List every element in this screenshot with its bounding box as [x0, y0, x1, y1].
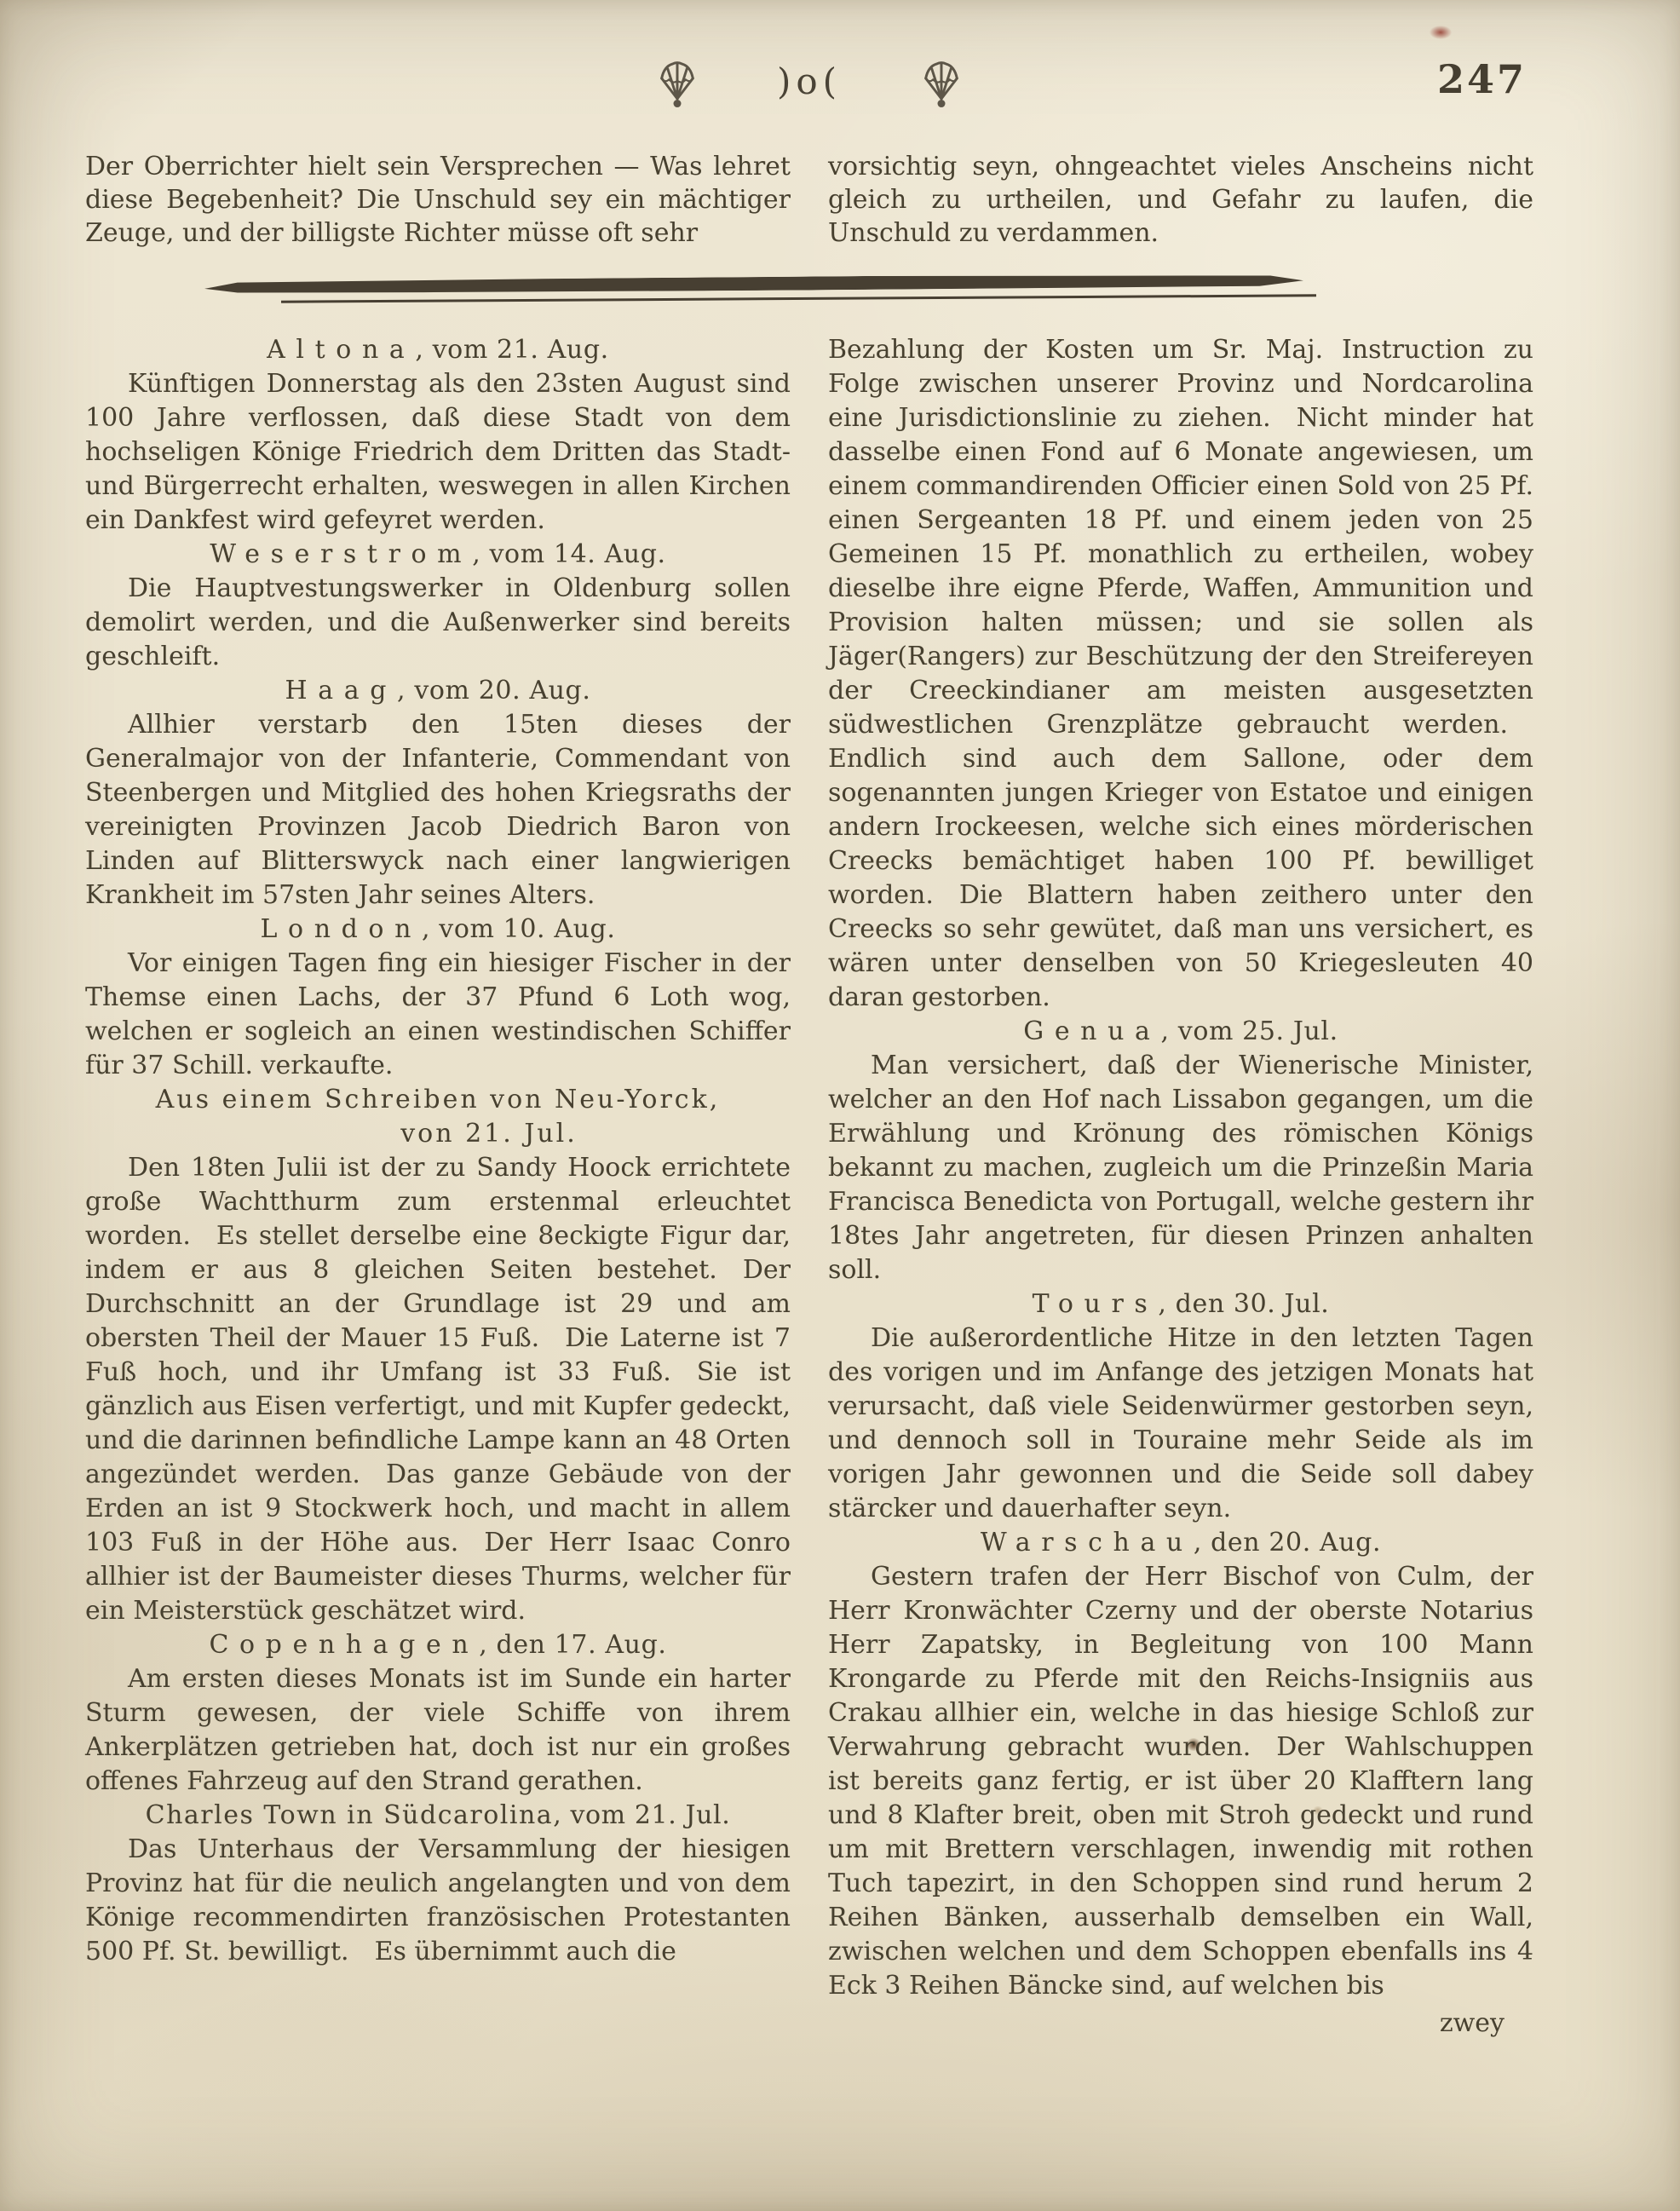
page-header: )o( 247: [85, 49, 1533, 138]
article-text: Den 18ten Julii ist der zu Sandy Hoock e…: [85, 1151, 791, 1628]
printers-center-mark: )o(: [777, 60, 842, 102]
article-text: Allhier verstarb den 15ten dieses der Ge…: [85, 708, 791, 913]
page-number: 247: [1437, 56, 1527, 102]
right-column: Bezahlung der Kosten um Sr. Maj. Instruc…: [828, 333, 1533, 2041]
article-text: Man versichert, daß der Wienerische Mini…: [828, 1049, 1533, 1287]
dateline: Aus einem Schreiben von Neu-Yorck,von 21…: [85, 1083, 791, 1151]
news-section-haag: Haag, vom 20. Aug. Allhier verstarb den …: [85, 674, 791, 913]
news-section-continuation: Bezahlung der Kosten um Sr. Maj. Instruc…: [828, 333, 1533, 1015]
intro-right-column-text: vorsichtig seyn, ohngeachtet vieles Ansc…: [828, 150, 1533, 250]
newspaper-page: )o( 247 Der Oberrichter hiel: [0, 0, 1680, 2211]
news-section-neu-yorck: Aus einem Schreiben von Neu-Yorck,von 21…: [85, 1083, 791, 1628]
news-section-weserstrom: Weserstrom, vom 14. Aug. Die Hauptvestun…: [85, 538, 791, 674]
article-text: Die außerordentliche Hitze in den letzte…: [828, 1321, 1533, 1526]
catchword: zwey: [828, 2007, 1533, 2041]
dateline: Genua, vom 25. Jul.: [828, 1015, 1533, 1049]
header-ornaments: )o(: [85, 49, 1533, 111]
news-section-london: London, vom 10. Aug. Vor einigen Tagen f…: [85, 913, 791, 1083]
article-text: Das Unterhaus der Versammlung der hiesig…: [85, 1833, 791, 1969]
news-section-genua: Genua, vom 25. Jul. Man versichert, daß …: [828, 1015, 1533, 1287]
shell-fleuron-icon: [917, 58, 966, 111]
article-text: Gestern trafen der Herr Bischof von Culm…: [828, 1560, 1533, 2003]
body-columns: Altona, vom 21. Aug. Künftigen Donnersta…: [85, 333, 1533, 2041]
dateline: Copenhagen, den 17. Aug.: [85, 1628, 791, 1662]
news-section-warschau: Warschau, den 20. Aug. Gestern trafen de…: [828, 1526, 1533, 2003]
section-divider: [85, 272, 1533, 316]
intro-passage: Der Oberrichter hielt sein Versprechen —…: [85, 150, 1533, 250]
dateline: Altona, vom 21. Aug.: [85, 333, 791, 367]
printed-area: )o( 247 Der Oberrichter hiel: [85, 49, 1533, 2041]
dateline: Haag, vom 20. Aug.: [85, 674, 791, 708]
news-section-altona: Altona, vom 21. Aug. Künftigen Donnersta…: [85, 333, 791, 538]
dateline: Warschau, den 20. Aug.: [828, 1526, 1533, 1560]
article-text: Vor einigen Tagen fing ein hiesiger Fisc…: [85, 947, 791, 1083]
news-section-charles-town: Charles Town in Südcarolina, vom 21. Jul…: [85, 1799, 791, 1969]
shell-fleuron-icon: [653, 58, 702, 111]
article-text: Am ersten dieses Monats ist im Sunde ein…: [85, 1662, 791, 1799]
article-text: Bezahlung der Kosten um Sr. Maj. Instruc…: [828, 333, 1533, 1015]
article-text: Künftigen Donnerstag als den 23sten Augu…: [85, 367, 791, 538]
article-text: Die Hauptvestungswerker in Oldenburg sol…: [85, 572, 791, 674]
left-column: Altona, vom 21. Aug. Künftigen Donnersta…: [85, 333, 791, 2041]
news-section-copenhagen: Copenhagen, den 17. Aug. Am ersten diese…: [85, 1628, 791, 1799]
swelled-rule: [204, 273, 1303, 295]
thin-rule: [281, 294, 1316, 302]
dateline: London, vom 10. Aug.: [85, 913, 791, 947]
dateline: Weserstrom, vom 14. Aug.: [85, 538, 791, 572]
paper-stain: [1430, 26, 1452, 39]
dateline: Tours, den 30. Jul.: [828, 1287, 1533, 1321]
news-section-tours: Tours, den 30. Jul. Die außerordentliche…: [828, 1287, 1533, 1526]
dateline: Charles Town in Südcarolina, vom 21. Jul…: [85, 1799, 791, 1833]
intro-left-column-text: Der Oberrichter hielt sein Versprechen —…: [85, 150, 791, 250]
